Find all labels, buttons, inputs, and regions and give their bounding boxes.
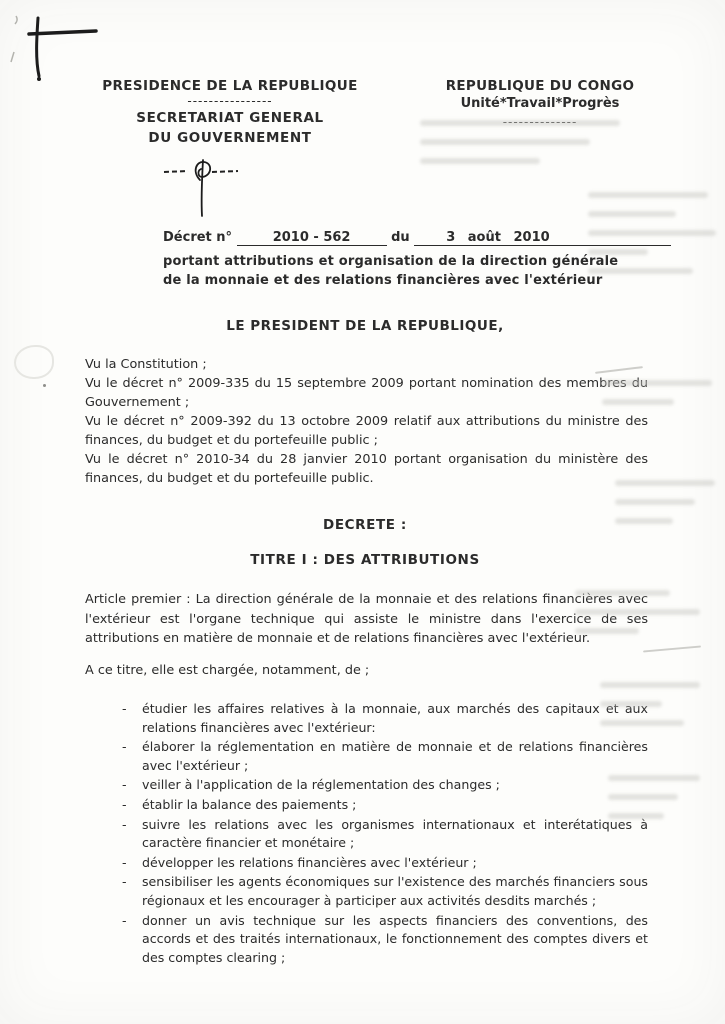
mission-item: - donner un avis technique sur les aspec… [122, 912, 648, 968]
hole-punch-mark [14, 345, 54, 379]
scanned-decree-page: PRESIDENCE DE LA REPUBLIQUE ------------… [0, 0, 725, 1024]
visa-item: Vu le décret n° 2010-34 du 28 janvier 20… [85, 450, 648, 488]
mission-item: - étudier les affaires relatives à la mo… [122, 700, 648, 737]
dash-marker: - [122, 912, 142, 968]
decree-subject-line1: portant attributions et organisation de … [163, 252, 633, 271]
mission-text: établir la balance des paiements ; [142, 796, 648, 815]
secretariat-title-line1: SECRETARIAT GENERAL [95, 108, 365, 128]
decree-heading-block: Décret n° 2010 - 562 du 3 août 2010 port… [163, 230, 633, 290]
visa-item: Vu le décret n° 2009-392 du 13 octobre 2… [85, 412, 648, 450]
bleed-through-artifact [615, 480, 723, 537]
bleed-through-artifact [575, 590, 715, 647]
visa-recitals: Vu la Constitution ; Vu le décret n° 200… [85, 355, 648, 488]
mission-item: - veiller à l'application de la réglemen… [122, 776, 648, 795]
missions-intro: A ce titre, elle est chargée, notamment,… [85, 663, 648, 678]
bleed-through-artifact [588, 192, 720, 287]
dash-marker: - [122, 796, 142, 815]
decree-du: du [391, 230, 410, 245]
mission-item: - développer les relations financières a… [122, 854, 648, 873]
decrete-heading: DECRETE : [85, 517, 645, 533]
bleed-through-artifact [602, 380, 722, 418]
mission-item: - établir la balance des paiements ; [122, 796, 648, 815]
dash-marker: - [122, 700, 142, 737]
republic-title: REPUBLIQUE DU CONGO [425, 78, 655, 94]
mission-text: suivre les relations avec les organismes… [142, 816, 648, 853]
mission-text: élaborer la réglementation en matière de… [142, 738, 648, 775]
divider-dashes: ---------------- [95, 94, 365, 108]
national-motto: Unité*Travail*Progrès [425, 94, 655, 114]
issuer-block: PRESIDENCE DE LA REPUBLIQUE ------------… [95, 78, 365, 148]
visa-item: Vu le décret n° 2009-335 du 15 septembre… [85, 374, 648, 412]
mission-text: donner un avis technique sur les aspects… [142, 912, 648, 968]
decree-number: 2010 - 562 [237, 230, 387, 246]
secretariat-title-line2: DU GOUVERNEMENT [95, 128, 365, 148]
presidency-title: PRESIDENCE DE LA REPUBLIQUE [95, 78, 365, 94]
decree-subject: portant attributions et organisation de … [163, 252, 633, 290]
mission-item: - suivre les relations avec les organism… [122, 816, 648, 853]
bleed-through-artifact [600, 682, 712, 739]
dash-marker: - [122, 873, 142, 910]
article-premier-paragraph: Article premier : La direction générale … [85, 590, 648, 649]
president-heading: LE PRESIDENT DE LA REPUBLIQUE, [85, 318, 645, 334]
mission-item: - sensibiliser les agents économiques su… [122, 873, 648, 910]
signature-flourish [150, 158, 270, 220]
mission-text: sensibiliser les agents économiques sur … [142, 873, 648, 910]
mission-text: développer les relations financières ave… [142, 854, 648, 873]
decree-label: Décret n° [163, 230, 232, 245]
bleed-through-artifact [420, 120, 635, 177]
mission-item: - élaborer la réglementation en matière … [122, 738, 648, 775]
decree-number-line: Décret n° 2010 - 562 du 3 août 2010 [163, 230, 633, 246]
ink-dot [43, 384, 46, 387]
bleed-through-artifact [608, 775, 708, 832]
missions-list: - étudier les affaires relatives à la mo… [122, 700, 648, 968]
visa-item: Vu la Constitution ; [85, 355, 648, 374]
mission-text: étudier les affaires relatives à la monn… [142, 700, 648, 737]
dash-marker: - [122, 854, 142, 873]
dash-marker: - [122, 776, 142, 795]
decree-subject-line2: de la monnaie et des relations financièr… [163, 271, 633, 290]
dash-marker: - [122, 738, 142, 775]
mission-text: veiller à l'application de la réglementa… [142, 776, 648, 795]
dash-marker: - [122, 816, 142, 853]
titre-1-heading: TITRE I : DES ATTRIBUTIONS [85, 552, 645, 568]
